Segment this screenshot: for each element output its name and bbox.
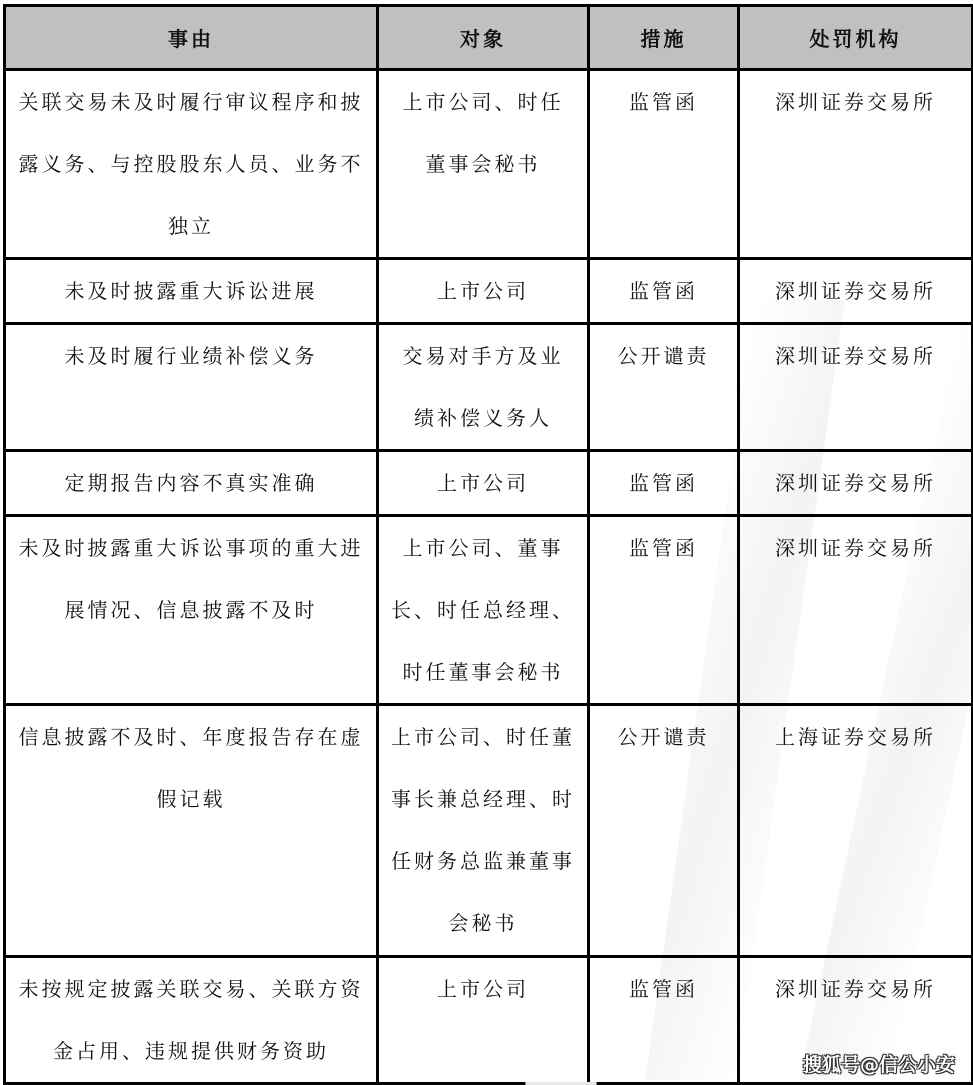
target-text: 上市公司、董事长、时任总经理、时任董事会秘书 [387, 517, 579, 703]
measure-text: 监管函 [598, 452, 729, 514]
reason-text: 未及时披露重大诉讼事项的重大进展情况、信息披露不及时 [14, 517, 368, 641]
cell-authority: 深圳证券交易所 [739, 451, 973, 516]
authority-text: 深圳证券交易所 [748, 517, 963, 579]
penalty-table: 事由 对象 措施 处罚机构 关联交易未及时履行审议程序和披露义务、与控股股东人员… [3, 4, 973, 1085]
cell-authority: 深圳证券交易所 [739, 324, 973, 451]
measure-text: 公开谴责 [598, 325, 729, 387]
authority-text: 深圳证券交易所 [748, 325, 963, 387]
table-row: 信息披露不及时、年度报告存在虚假记载 上市公司、时任董事长兼总经理、时任财务总监… [5, 705, 973, 957]
target-text: 上市公司 [387, 958, 579, 1020]
authority-text: 上海证券交易所 [748, 706, 963, 768]
target-text: 交易对手方及业绩补偿义务人 [387, 325, 579, 449]
cell-target: 上市公司 [378, 259, 589, 324]
cell-target: 交易对手方及业绩补偿义务人 [378, 324, 589, 451]
cell-reason: 信息披露不及时、年度报告存在虚假记载 [5, 705, 378, 957]
column-header-authority: 处罚机构 [739, 6, 973, 70]
cell-measure: 监管函 [589, 516, 739, 705]
cell-reason: 定期报告内容不真实准确 [5, 451, 378, 516]
measure-text: 监管函 [598, 71, 729, 133]
cell-measure: 监管函 [589, 451, 739, 516]
cell-target: 上市公司、董事长、时任总经理、时任董事会秘书 [378, 516, 589, 705]
authority-text: 深圳证券交易所 [748, 260, 963, 322]
column-header-reason: 事由 [5, 6, 378, 70]
target-text: 上市公司、时任董事长兼总经理、时任财务总监兼董事会秘书 [387, 706, 579, 954]
cell-authority: 深圳证券交易所 [739, 70, 973, 259]
column-header-target: 对象 [378, 6, 589, 70]
cell-reason: 关联交易未及时履行审议程序和披露义务、与控股股东人员、业务不独立 [5, 70, 378, 259]
reason-text: 未按规定披露关联交易、关联方资金占用、违规提供财务资助 [14, 958, 368, 1082]
cell-reason: 未及时披露重大诉讼进展 [5, 259, 378, 324]
cell-target: 上市公司、时任董事会秘书 [378, 70, 589, 259]
reason-text: 定期报告内容不真实准确 [14, 452, 368, 514]
cell-target: 上市公司 [378, 957, 589, 1084]
cell-measure: 监管函 [589, 259, 739, 324]
cell-measure: 公开谴责 [589, 705, 739, 957]
target-text: 上市公司 [387, 260, 579, 322]
cell-target: 上市公司、时任董事长兼总经理、时任财务总监兼董事会秘书 [378, 705, 589, 957]
table-row: 未及时履行业绩补偿义务 交易对手方及业绩补偿义务人 公开谴责 深圳证券交易所 [5, 324, 973, 451]
target-text: 上市公司、时任董事会秘书 [387, 71, 579, 195]
target-text: 上市公司 [387, 452, 579, 514]
measure-text: 公开谴责 [598, 706, 729, 768]
cell-measure: 公开谴责 [589, 324, 739, 451]
cell-reason: 未按规定披露关联交易、关联方资金占用、违规提供财务资助 [5, 957, 378, 1084]
authority-text: 深圳证券交易所 [748, 71, 963, 133]
reason-text: 信息披露不及时、年度报告存在虚假记载 [14, 706, 368, 830]
table-row: 未及时披露重大诉讼进展 上市公司 监管函 深圳证券交易所 [5, 259, 973, 324]
reason-text: 关联交易未及时履行审议程序和披露义务、与控股股东人员、业务不独立 [14, 71, 368, 257]
cell-target: 上市公司 [378, 451, 589, 516]
reason-text: 未及时履行业绩补偿义务 [14, 325, 368, 387]
cell-authority: 深圳证券交易所 [739, 259, 973, 324]
reason-text: 未及时披露重大诉讼进展 [14, 260, 368, 322]
watermark: 搜狐号@信公小安 [803, 1050, 955, 1077]
cell-authority: 深圳证券交易所 [739, 516, 973, 705]
cell-measure: 监管函 [589, 70, 739, 259]
cell-reason: 未及时披露重大诉讼事项的重大进展情况、信息披露不及时 [5, 516, 378, 705]
cell-measure: 监管函 [589, 957, 739, 1084]
table-row: 未及时披露重大诉讼事项的重大进展情况、信息披露不及时 上市公司、董事长、时任总经… [5, 516, 973, 705]
measure-text: 监管函 [598, 260, 729, 322]
authority-text: 深圳证券交易所 [748, 958, 963, 1020]
measure-text: 监管函 [598, 517, 729, 579]
cell-reason: 未及时履行业绩补偿义务 [5, 324, 378, 451]
table-header-row: 事由 对象 措施 处罚机构 [5, 6, 973, 70]
authority-text: 深圳证券交易所 [748, 452, 963, 514]
table-row: 关联交易未及时履行审议程序和披露义务、与控股股东人员、业务不独立 上市公司、时任… [5, 70, 973, 259]
cell-authority: 上海证券交易所 [739, 705, 973, 957]
table-row: 定期报告内容不真实准确 上市公司 监管函 深圳证券交易所 [5, 451, 973, 516]
column-header-measure: 措施 [589, 6, 739, 70]
measure-text: 监管函 [598, 958, 729, 1020]
